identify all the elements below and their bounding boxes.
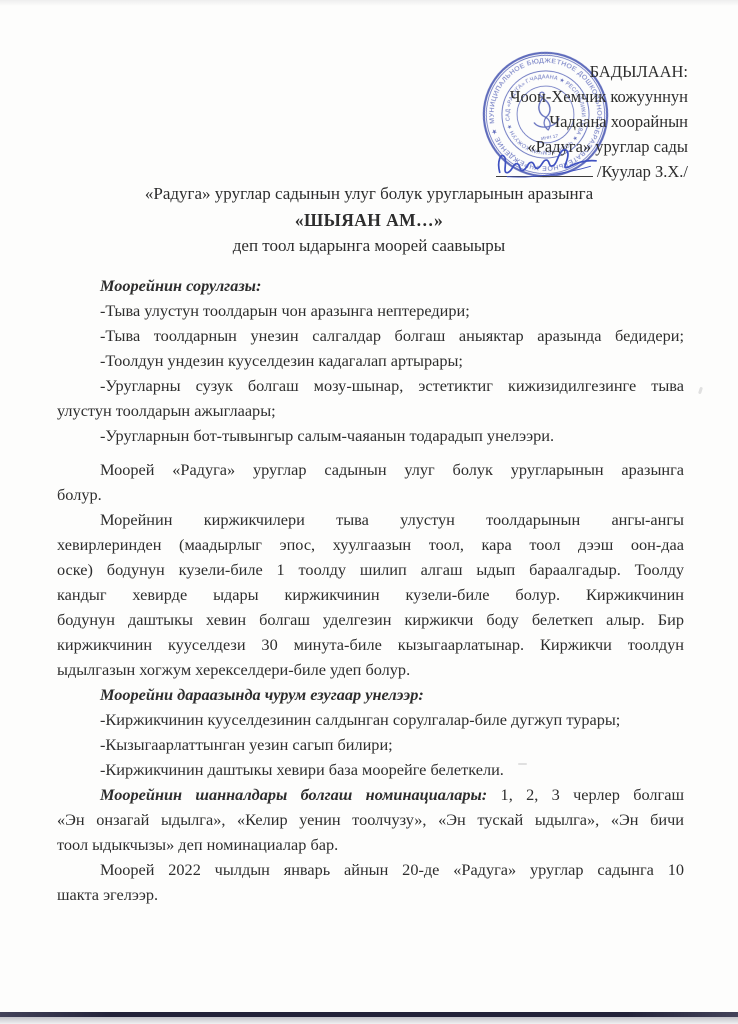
body-text: киржикчинин кууселдези 30 минута-биле кы… [57, 635, 684, 654]
approval-label: БАДЫЛААН: [496, 59, 688, 84]
body-line: Моорейнин шанналдары болгаш номинациалар… [57, 782, 684, 807]
body-text: Моорей 2022 чылдын январь айнын 20-де «Р… [100, 860, 684, 879]
body-line: шакта эгелээр. [57, 882, 684, 907]
body-text: -Киржикчинин даштыкы хевири база моорейг… [100, 760, 504, 779]
body-line: -Киржикчинин кууселдезинин салдынган сор… [57, 707, 684, 732]
body-text: Морейнин киржикчилери тыва улустун тоолд… [100, 510, 684, 529]
body-text: -Тыва улустун тоолдарын чон аразынга неп… [100, 301, 470, 320]
body-text: хевирлеринден (маадырлыг эпос, хуулгаазы… [57, 535, 684, 554]
body-text: кандыг хевирде ыдары киржикчинин кузели-… [57, 585, 684, 604]
document-title: «Радуга» уруглар садынын улуг болук уруг… [0, 181, 738, 259]
body-line: -Тоолдун ундезин кууселдезин кадагалап а… [57, 348, 684, 373]
body-text-emphasis: Моорейнин шанналдары болгаш номинациалар… [100, 785, 487, 804]
body-text-emphasis: Моорейни дараазында чурум езугаар унелээ… [100, 685, 424, 704]
body-text: ыдылгазын хогжум херекселдери-биле удеп … [57, 660, 410, 679]
body-text: улустун тоолдарын ажыглаары; [57, 401, 276, 420]
body-line: болур. [57, 482, 684, 507]
body-text: -Уругларны сузук болгаш мозу-шынар, эсте… [100, 376, 684, 395]
body-text-emphasis: Моорейнин сорулгазы: [100, 276, 261, 295]
body-line: Моорейнин сорулгазы: [57, 273, 684, 298]
title-line-1: «Радуга» уруглар садынын улуг болук уруг… [0, 181, 738, 207]
body-text: бодунун даштыкы хевин болгаш уделгезин к… [57, 610, 684, 629]
body-line: -Уругларнын бот-тывынгыр салым-чаяанын т… [57, 423, 684, 448]
body-text: оске) бодунун кузели-биле 1 тоолду шилип… [57, 560, 684, 579]
body-line: -Киржикчинин даштыкы хевири база моорейг… [57, 757, 684, 782]
title-line-2: «ШЫЯАН АМ…» [0, 207, 738, 233]
body-text: Моорей «Радуга» уруглар садынын улуг бол… [100, 460, 684, 479]
scan-edge-top [0, 0, 738, 6]
body-text: -Тоолдун ундезин кууселдезин кадагалап а… [100, 351, 463, 370]
body-line: Моорей 2022 чылдын январь айнын 20-де «Р… [57, 857, 684, 882]
body-line: бодунун даштыкы хевин болгаш уделгезин к… [57, 607, 684, 632]
approval-block: БАДЫЛААН: Чоон-Хемчик кожууннун Чадаана … [496, 59, 688, 184]
approval-org-line: Чоон-Хемчик кожууннун [496, 84, 688, 109]
body-text: -Кызыгаарлаттынган уезин сагып билири; [100, 735, 393, 754]
body-text: -Киржикчинин кууселдезинин салдынган сор… [100, 710, 620, 729]
body-text: тоол ыдыкчызы» деп номинациалар бар. [57, 835, 338, 854]
approval-org-line: Чадаана хоорайнын [496, 109, 688, 134]
body-line: Морейнин киржикчилери тыва улустун тоолд… [57, 507, 684, 532]
body-line: -Уругларны сузук болгаш мозу-шынар, эсте… [57, 373, 684, 398]
body-text: 1, 2, 3 черлер болгаш [487, 785, 684, 804]
scanned-document-page: МУНИЦИПАЛЬНОЕ БЮДЖЕТНОЕ ДОШКОЛЬНОЕ ОБРАЗ… [0, 0, 738, 1024]
body-text: -Тыва тоолдарнын унезин салгалдар болгаш… [100, 326, 684, 345]
signature-name: /Куулар З.Х./ [597, 162, 688, 181]
body-line: -Кызыгаарлаттынган уезин сагып билири; [57, 732, 684, 757]
body-line: кандыг хевирде ыдары киржикчинин кузели-… [57, 582, 684, 607]
body-line: тоол ыдыкчызы» деп номинациалар бар. [57, 832, 684, 857]
body-line: Моорейни дараазында чурум езугаар унелээ… [57, 682, 684, 707]
body-line: -Тыва тоолдарнын унезин салгалдар болгаш… [57, 323, 684, 348]
document-body: Моорейнин сорулгазы:-Тыва улустун тоолда… [57, 273, 684, 907]
body-line: улустун тоолдарын ажыглаары; [57, 398, 684, 423]
body-line: -Тыва улустун тоолдарын чон аразынга неп… [57, 298, 684, 323]
body-line: оске) бодунун кузели-биле 1 тоолду шилип… [57, 557, 684, 582]
body-text: болур. [57, 485, 102, 504]
title-line-3: деп тоол ыдарынга моорей саавыыры [0, 233, 738, 259]
body-text: «Эн онзагай ыдылга», «Келир уенин тоолчу… [57, 810, 684, 829]
scan-edge-bottom-shadow [0, 1017, 738, 1024]
body-line: ыдылгазын хогжум херекселдери-биле удеп … [57, 657, 684, 682]
body-line: Моорей «Радуга» уруглар садынын улуг бол… [57, 457, 684, 482]
body-line: хевирлеринден (маадырлыг эпос, хуулгаазы… [57, 532, 684, 557]
body-line: «Эн онзагай ыдылга», «Келир уенин тоолчу… [57, 807, 684, 832]
body-text: -Уругларнын бот-тывынгыр салым-чаяанын т… [100, 426, 554, 445]
body-text: шакта эгелээр. [57, 885, 158, 904]
scan-speck [698, 387, 703, 395]
scan-speck [518, 763, 527, 765]
body-line: киржикчинин кууселдези 30 минута-биле кы… [57, 632, 684, 657]
